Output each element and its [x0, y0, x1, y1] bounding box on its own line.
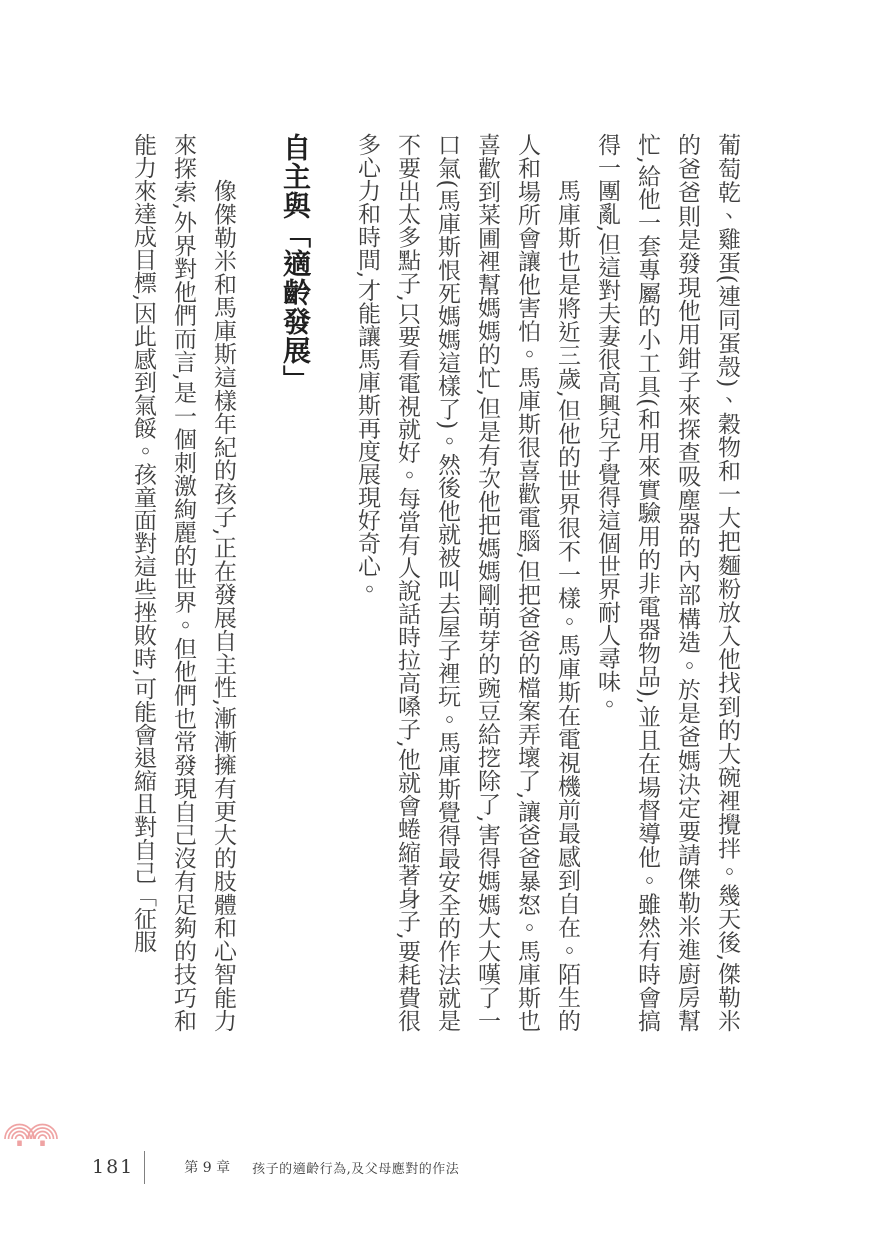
book-page: 葡萄乾、雞蛋(連同蛋殼)、穀物和一大把麵粉放入他找到的大碗裡攪拌。幾天後,傑勒米…: [0, 0, 877, 1243]
paragraph-autonomy: 像傑勒米和馬庫斯這樣年紀的孩子,正在發展自主性,漸漸擁有更大的肢體和心智能力來探…: [123, 133, 243, 1032]
page-number: 181: [92, 1156, 134, 1178]
chapter-label: 第 9 章: [184, 1157, 230, 1177]
paragraph-continuation: 葡萄乾、雞蛋(連同蛋殼)、穀物和一大把麵粉放入他找到的大碗裡攪拌。幾天後,傑勒米…: [587, 133, 747, 1032]
publisher-watermark-icon: [4, 1115, 58, 1147]
footer-divider: [144, 1151, 145, 1184]
section-heading: 自主與「適齡發展」: [273, 133, 317, 1032]
paragraph-marcus: 馬庫斯也是將近三歲,但他的世界很不一樣。馬庫斯在電視機前最感到自在。陌生的人和場…: [347, 133, 587, 1032]
page-footer: 181 第 9 章 孩子的適齡行為,及父母應對的作法: [92, 1150, 459, 1184]
vertical-text-block: 葡萄乾、雞蛋(連同蛋殼)、穀物和一大把麵粉放入他找到的大碗裡攪拌。幾天後,傑勒米…: [123, 133, 747, 1032]
running-title: 孩子的適齡行為,及父母應對的作法: [252, 1158, 459, 1177]
